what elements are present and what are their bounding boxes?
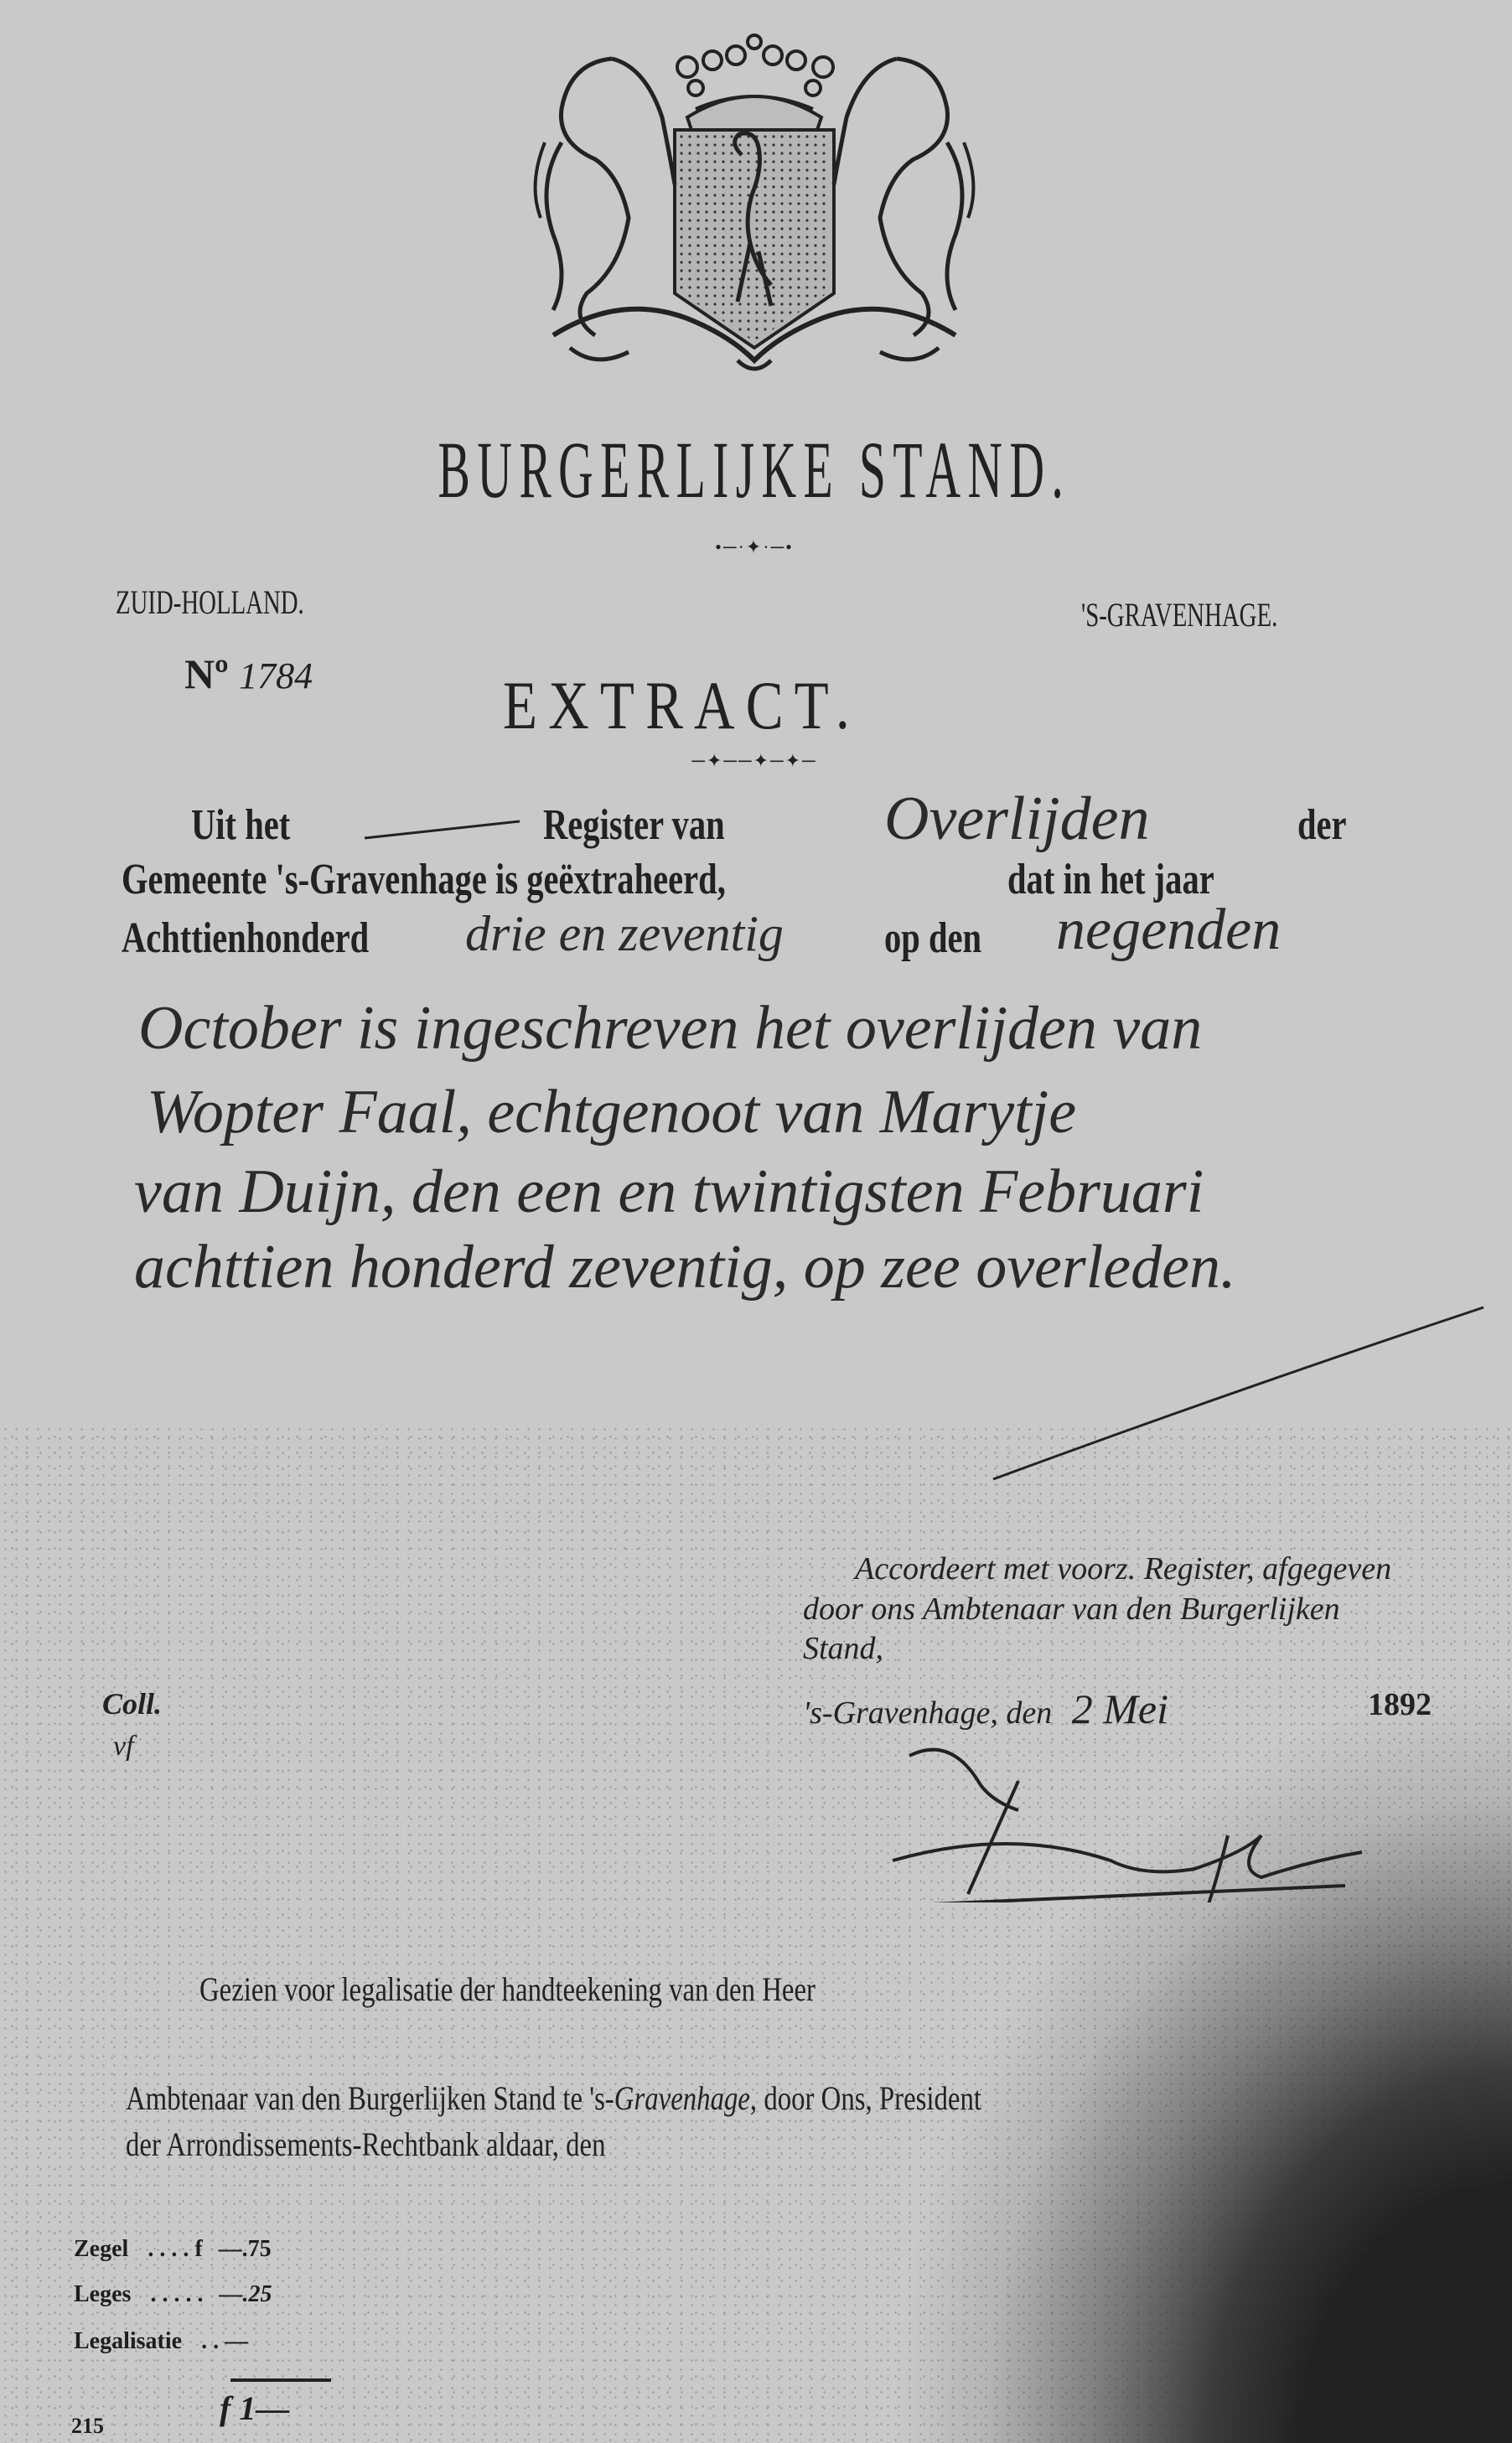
coll-label: Coll.: [102, 1686, 162, 1721]
legalisation-text-a: Ambtenaar van den Burgerlijken Stand te …: [126, 2079, 614, 2117]
handwritten-line-6: van Duijn, den een en twintigsten Februa…: [134, 1157, 1204, 1228]
number-value-handwritten: 1784: [239, 655, 313, 696]
closing-pen-stroke: [981, 1291, 1500, 1492]
certification-line-1: Accordeert met voorz. Register, afgegeve…: [855, 1550, 1391, 1587]
body-line-3-mid: op den: [884, 914, 1009, 963]
handwritten-text: negenden: [1056, 897, 1281, 964]
handwritten-line-4: October is ingeschreven het overlijden v…: [138, 993, 1202, 1064]
legalisation-text-b: , door Ons, President: [750, 2079, 981, 2117]
fee-dots: . . . . .: [150, 2281, 203, 2307]
certification-year: 1892: [1368, 1686, 1432, 1723]
handwritten-year: drie en zeventig: [465, 905, 784, 963]
legalisation-city-italic: Gravenhage: [614, 2079, 750, 2117]
legalisation-text: Ambtenaar van den Burgerlijken Stand te …: [126, 2078, 981, 2118]
handwritten-text: Wopter Faal, echtgenoot van Marytje: [147, 1077, 1076, 1148]
legalisation-line-2: Ambtenaar van den Burgerlijken Stand te …: [126, 2078, 1169, 2118]
fee-row-legalisatie: Legalisatie . . —: [74, 2328, 248, 2355]
fee-total: f 1—: [220, 2389, 289, 2428]
body-text: Uit het: [191, 800, 290, 850]
fee-dots: . . . . f: [148, 2236, 202, 2262]
certification-place-date: 's-Gravenhage, den 2 Mei: [803, 1685, 1168, 1733]
body-text: Register van: [543, 800, 725, 850]
body-text: op den: [884, 914, 981, 963]
body-line-1-start: Uit het: [191, 800, 318, 850]
coll-initials: vf: [113, 1731, 134, 1762]
handwritten-day: negenden: [1056, 897, 1281, 964]
legalisation-line-1: Gezien voor legalisatie der handteekenin…: [199, 1969, 950, 2009]
title-text: BURGERLIJKE STAND.: [438, 423, 1071, 516]
fee-label: Leges: [74, 2281, 131, 2307]
fee-total-rule: [230, 2376, 331, 2384]
fee-label: Legalisatie: [74, 2328, 182, 2354]
extract-heading-text: EXTRACT.: [503, 666, 861, 745]
fee-value: —.25: [219, 2281, 272, 2307]
province-label: ZUID-HOLLAND.: [116, 582, 377, 622]
document-title: BURGERLIJKE STAND.: [193, 423, 1316, 515]
body-text: der: [1297, 800, 1347, 850]
heading-ornament-divider: ─✦──✦─✦─: [662, 750, 847, 772]
handwritten-text: drie en zeventig: [465, 905, 784, 963]
place-date-prefix: 's-Gravenhage, den: [803, 1695, 1052, 1731]
city-text: 'S-GRAVENHAGE.: [1081, 595, 1277, 634]
body-line-3-start: Achttienhonderd: [122, 914, 438, 963]
handwritten-text: van Duijn, den een en twintigsten Februa…: [134, 1157, 1204, 1228]
body-text: Gemeente 's-Gravenhage is geëxtraheerd,: [122, 855, 726, 904]
certification-line-3: Stand,: [803, 1630, 883, 1667]
fee-value: —.75: [219, 2236, 272, 2262]
fee-dots: . . —: [201, 2328, 248, 2354]
fee-row-zegel: Zegel . . . . f —.75: [74, 2236, 272, 2263]
extract-heading: EXTRACT.: [503, 666, 940, 745]
fee-label: Zegel: [74, 2236, 128, 2262]
province-text: ZUID-HOLLAND.: [116, 582, 304, 622]
handwritten-text: Overlijden: [884, 784, 1149, 855]
body-line-1-register: Register van: [543, 800, 776, 850]
footer-code: 215: [71, 2414, 104, 2439]
number-prefix: Nº: [184, 650, 229, 697]
handwritten-line-5: Wopter Faal, echtgenoot van Marytje: [147, 1077, 1076, 1148]
certification-line-2: door ons Ambtenaar van den Burgerlijken: [803, 1591, 1340, 1628]
body-line-2: Gemeente 's-Gravenhage is geëxtraheerd,: [122, 855, 896, 904]
handwritten-text: October is ingeschreven het overlijden v…: [138, 993, 1202, 1064]
fee-row-leges: Leges . . . . . —.25: [74, 2281, 272, 2308]
coat-of-arms-crest-icon: [520, 17, 989, 377]
official-signature: Wirsert Hooglaan: [842, 1735, 1429, 1902]
register-number: Nº 1784: [184, 650, 313, 698]
legalisation-text: Gezien voor legalisatie der handteekenin…: [199, 1969, 816, 2009]
blank-line-stroke: [360, 817, 528, 842]
legalisation-line-3: der Arrondissements-Rechtbank aldaar, de…: [126, 2125, 711, 2164]
city-label: 'S-GRAVENHAGE.: [1081, 595, 1354, 634]
title-ornament-divider: •─·✦·─•: [671, 536, 838, 558]
legalisation-text: der Arrondissements-Rechtbank aldaar, de…: [126, 2125, 606, 2164]
body-text: Achttienhonderd: [122, 914, 369, 963]
handwritten-date: 2 Mei: [1072, 1685, 1168, 1732]
body-line-1-end: der: [1297, 800, 1360, 850]
handwritten-register-type: Overlijden: [884, 784, 1149, 855]
